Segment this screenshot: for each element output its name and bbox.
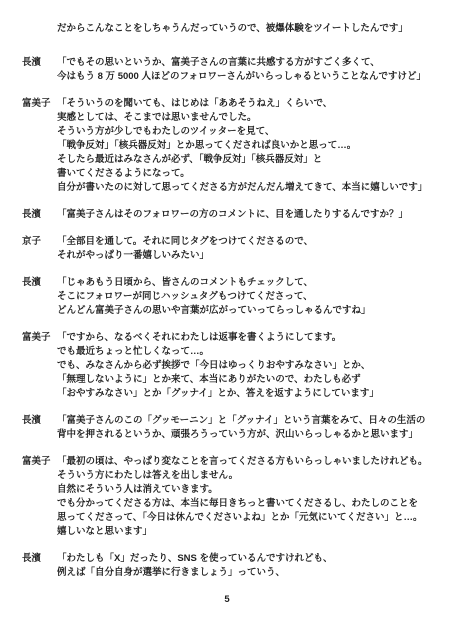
speaker-label: 京子: [22, 235, 57, 249]
dialogue-lines: 「ですから、なるべくそれにわたしは返事を書くようにしてます。でも最近ちょっと忙し…: [57, 331, 432, 401]
speaker-label: 長濱: [22, 552, 57, 566]
dialogue-line: 嬉しいなと思います」: [57, 525, 432, 539]
dialogue-line: だからこんなことをしちゃうんだっていうので、被爆体験をツイートしたんです」: [57, 22, 432, 36]
dialogue-line: でも最近ちょっと忙しくなって…。: [57, 345, 432, 359]
dialogue-line: でも、みなさんから必ず挨拶で「今日はゆっくりおやすみなさい」とか、: [57, 359, 432, 373]
dialogue-line: 今はもう 8 万 5000 人ほどのフォロワーさんがいらっしゃるということなんで…: [57, 70, 432, 84]
dialogue-line: そういう方が少しでもわたしのツイッターを見て、: [57, 125, 432, 139]
dialogue-line: そこにフォロワーが同じハッシュタグもつけてくださって、: [57, 290, 432, 304]
speaker-label: 富美子: [22, 331, 57, 345]
document-page: だからこんなことをしちゃうんだっていうので、被爆体験をツイートしたんです」 長濱…: [0, 0, 452, 640]
dialogue-block: 富美子 「ですから、なるべくそれにわたしは返事を書くようにしてます。でも最近ちょ…: [22, 331, 432, 401]
dialogue-line: そしたら最近はみなさんが必ず、「戦争反対」「核兵器反対」と: [57, 153, 432, 167]
dialogue-line: どんどん富美子さんの思いや言葉が広がっていってらっしゃるんですね」: [57, 304, 432, 318]
dialogue-line: それがやっぱり一番嬉しいみたい」: [57, 249, 432, 263]
speaker-label: 長濱: [22, 414, 57, 428]
dialogue-line: 「最初の頃は、やっぱり変なことを言ってくださる方もいらっしゃいましたけれども。: [57, 455, 432, 469]
dialogue-block: 長濱 「わたしも「X」だったり、SNS を使っているんですけれども、例えば「自分…: [22, 552, 432, 580]
dialogue-line: 思ってくださって、「今日は休んでくださいよね」とか「元気にいてください」と…。: [57, 511, 432, 525]
speaker-label: 富美子: [22, 97, 57, 111]
dialogue-block: 長濱 「富美子さんはそのフォロワーの方のコメントに、目を通したりするんですか？」: [22, 208, 432, 222]
dialogue-lines: 「全部目を通して。それに同じタグをつけてくださるので、それがやっぱり一番嬉しいみ…: [57, 235, 432, 263]
dialogue-list: だからこんなことをしちゃうんだっていうので、被爆体験をツイートしたんです」 長濱…: [22, 22, 432, 580]
dialogue-line: 「でもその思いというか、富美子さんの言葉に共感する方がすごく多くて、: [57, 56, 432, 70]
dialogue-lines: 「じゃあもう日頃から、皆さんのコメントもチェックして、そこにフォロワーが同じハッ…: [57, 276, 432, 318]
dialogue-line: 「じゃあもう日頃から、皆さんのコメントもチェックして、: [57, 276, 432, 290]
dialogue-line: 「ですから、なるべくそれにわたしは返事を書くようにしてます。: [57, 331, 432, 345]
dialogue-line: 実感としては、そこまでは思いませんでした。: [57, 111, 432, 125]
dialogue-line: 自然にそういう人は消えていきます。: [57, 483, 432, 497]
dialogue-lines: だからこんなことをしちゃうんだっていうので、被爆体験をツイートしたんです」: [57, 22, 432, 36]
dialogue-lines: 「そういうのを聞いても、はじめは「ああそうねえ」くらいで、実感としては、そこまで…: [57, 97, 432, 195]
dialogue-lines: 「富美子さんはそのフォロワーの方のコメントに、目を通したりするんですか？」: [57, 208, 432, 222]
dialogue-lines: 「富美子さんのこの「グッモーニン」と「グッナイ」という言葉をみて、日々の生活の背…: [57, 414, 432, 442]
dialogue-line: そういう方にわたしは答えを出しません。: [57, 469, 432, 483]
dialogue-block: 富美子 「そういうのを聞いても、はじめは「ああそうねえ」くらいで、実感としては、…: [22, 97, 432, 195]
dialogue-line: 「戦争反対」「核兵器反対」とか思ってくだされば良いかと思って…。: [57, 139, 432, 153]
dialogue-block: だからこんなことをしちゃうんだっていうので、被爆体験をツイートしたんです」: [22, 22, 432, 36]
dialogue-line: 「そういうのを聞いても、はじめは「ああそうねえ」くらいで、: [57, 97, 432, 111]
dialogue-lines: 「でもその思いというか、富美子さんの言葉に共感する方がすごく多くて、今はもう 8…: [57, 56, 432, 84]
speaker-label: 長濱: [22, 56, 57, 70]
speaker-label: 富美子: [22, 455, 57, 469]
dialogue-line: 自分が書いたのに対して思ってくださる方がだんだん増えてきて、本当に嬉しいです」: [57, 181, 432, 195]
dialogue-block: 京子 「全部目を通して。それに同じタグをつけてくださるので、それがやっぱり一番嬉…: [22, 235, 432, 263]
dialogue-line: 書いてくださるようになって。: [57, 167, 432, 181]
dialogue-lines: 「最初の頃は、やっぱり変なことを言ってくださる方もいらっしゃいましたけれども。そ…: [57, 455, 432, 539]
dialogue-line: 「おやすみなさい」とか「グッナイ」とか、答えを返すようにしています」: [57, 387, 432, 401]
dialogue-line: 背中を押されるというか、頑張ろうっていう方が、沢山いらっしゃるかと思います」: [57, 428, 432, 442]
speaker-label: 長濱: [22, 276, 57, 290]
dialogue-line: 「無理しないように」とか来て、本当にありがたいので、わたしも必ず: [57, 373, 432, 387]
dialogue-line: でも分かってくださる方は、本当に毎日きちっと書いてくださるし、わたしのことを: [57, 497, 432, 511]
dialogue-block: 富美子 「最初の頃は、やっぱり変なことを言ってくださる方もいらっしゃいましたけれ…: [22, 455, 432, 539]
speaker-label: 長濱: [22, 208, 57, 222]
dialogue-line: 「わたしも「X」だったり、SNS を使っているんですけれども、: [57, 552, 432, 566]
dialogue-line: 「富美子さんはそのフォロワーの方のコメントに、目を通したりするんですか？」: [57, 208, 432, 222]
dialogue-block: 長濱 「でもその思いというか、富美子さんの言葉に共感する方がすごく多くて、今はも…: [22, 56, 432, 84]
dialogue-block: 長濱 「富美子さんのこの「グッモーニン」と「グッナイ」という言葉をみて、日々の生…: [22, 414, 432, 442]
dialogue-line: 例えば「自分自身が選挙に行きましょう」っていう、: [57, 566, 432, 580]
dialogue-lines: 「わたしも「X」だったり、SNS を使っているんですけれども、例えば「自分自身が…: [57, 552, 432, 580]
dialogue-line: 「全部目を通して。それに同じタグをつけてくださるので、: [57, 235, 432, 249]
page-number: 5: [22, 593, 432, 607]
dialogue-line: 「富美子さんのこの「グッモーニン」と「グッナイ」という言葉をみて、日々の生活の: [57, 414, 432, 428]
dialogue-block: 長濱 「じゃあもう日頃から、皆さんのコメントもチェックして、そこにフォロワーが同…: [22, 276, 432, 318]
